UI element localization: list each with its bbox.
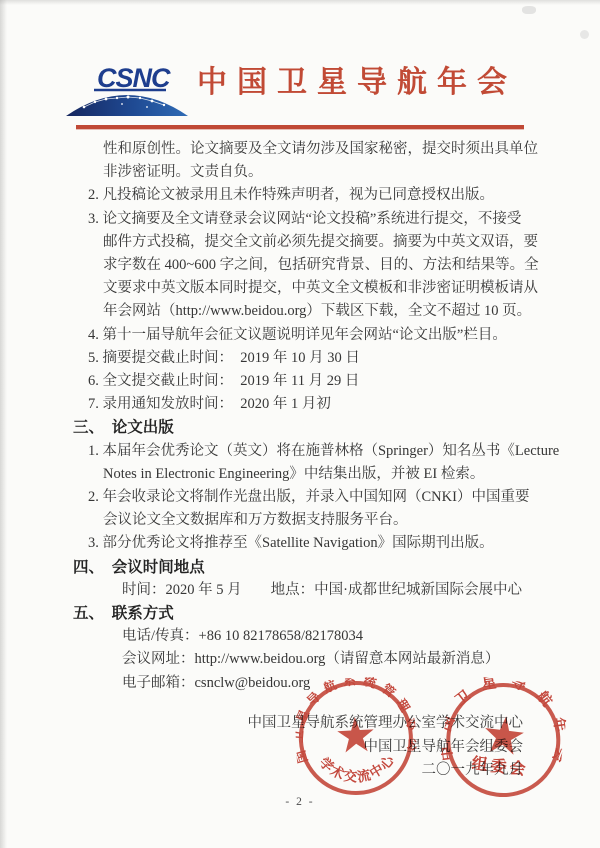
section-heading-publication: 三、 论文出版: [73, 416, 527, 439]
scan-speck: [580, 30, 589, 39]
doc-line: 7. 录用通知发放时间： 2020 年 1 月初: [73, 393, 527, 416]
doc-line: Notes in Electronic Engineering》中结集出版，并被…: [73, 463, 527, 486]
doc-line: 年会网站（http://www.beidou.org）下载区下载，全文不超过 1…: [73, 300, 527, 323]
doc-line: 4. 第十一届导航年会征文议题说明详见年会网站“论文出版”栏目。: [73, 324, 527, 347]
official-seal-academic-center: 中国卫星导航系统管理办公室 学术交流中心: [293, 675, 419, 806]
doc-line: 2. 年会收录论文将制作光盘出版，并录入中国知网（CNKI）中国重要: [73, 486, 527, 509]
doc-line: 3. 部分优秀论文将推荐至《Satellite Navigation》国际期刊出…: [73, 532, 527, 555]
page-number: - 2 -: [0, 796, 600, 808]
doc-line: 邮件方式投稿，提交全文前必须先提交摘要。摘要为中英文双语，要: [73, 231, 527, 254]
scan-edge-shadow-left: [0, 0, 7, 848]
logo-text: CSNC: [97, 63, 171, 93]
doc-line: 时间：2020 年 5 月 地点：中国·成都世纪城新国际会展中心: [73, 579, 527, 602]
section-heading-time-place: 四、 会议时间地点: [73, 556, 527, 579]
scan-speck: [522, 6, 536, 14]
official-seal-organizing-committee: 中国卫星导航年会 组委会: [436, 673, 570, 812]
doc-line: 求字数在 400~600 字之间，包括研究背景、目的、方法和结果等。全: [73, 254, 527, 277]
contact-website-line: 会议网址：http://www.beidou.org（请留意本网站最新消息）: [73, 648, 527, 671]
section-heading-contact: 五、 联系方式: [73, 602, 527, 625]
contact-phone-line: 电话/传真：+86 10 82178658/82178034: [73, 625, 527, 648]
doc-line: 非涉密证明。文责自负。: [73, 161, 527, 184]
csnc-logo-icon: CSNC: [64, 57, 190, 126]
doc-line: 性和原创性。论文摘要及全文请勿涉及国家秘密，提交时须出具单位: [73, 138, 527, 161]
doc-line: 6. 全文提交截止时间： 2019 年 11 月 29 日: [73, 370, 527, 393]
doc-line: 1. 本届年会优秀论文（英文）将在施普林格（Springer）知名丛书《Lect…: [73, 440, 527, 463]
doc-line: 文要求中英文版本同时提交，中英文全文模板和非涉密证明模板请从: [73, 277, 527, 300]
doc-line: 会议论文全文数据库和万方数据支持服务平台。: [73, 509, 527, 532]
star-icon: [337, 716, 375, 753]
seal-label-text: 组委会: [471, 753, 530, 779]
doc-line: 2. 凡投稿论文被录用且未作特殊声明者，视为已同意授权出版。: [73, 184, 527, 207]
doc-line: 5. 摘要提交截止时间： 2019 年 10 月 30 日: [73, 347, 527, 370]
doc-line: 3. 论文摘要及全文请登录会议网站“论文投稿”系统进行提交，不接受: [73, 208, 527, 231]
star-icon: [482, 714, 525, 756]
scanned-document-page: CSNC 中国卫星导航年会 性和原创性。论文摘要及全文请勿涉及国家秘密，提交时须…: [0, 0, 600, 848]
logo-globe-dome: [66, 95, 188, 116]
header-rule: [76, 125, 524, 129]
document-body: 性和原创性。论文摘要及全文请勿涉及国家秘密，提交时须出具单位 非涉密证明。文责自…: [73, 138, 527, 695]
scan-edge-shadow-top: [0, 0, 600, 5]
page-title: 中国卫星导航年会: [197, 63, 517, 103]
